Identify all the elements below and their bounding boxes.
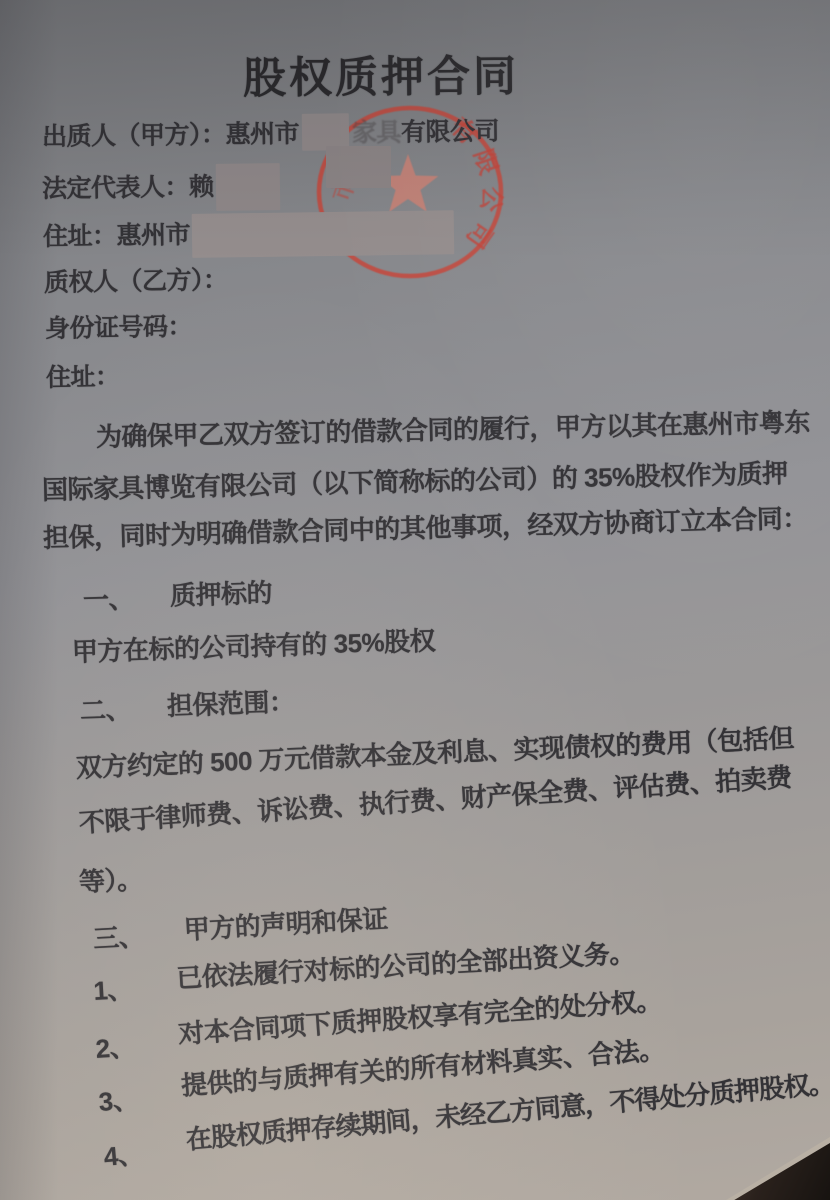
pledgor-suffix: 有限公司 <box>401 117 499 146</box>
section-2-heading: 二、担保范围： <box>79 686 295 725</box>
field-pledgee: 质权人（乙方）： <box>44 264 228 299</box>
field-pledgor: 出质人（甲方）：惠州市家具有限公司 <box>42 111 499 154</box>
section-1-heading: 一、质押标的 <box>83 577 273 614</box>
list-item-1-text: 已依法履行对标的公司的全部出资义务。 <box>176 938 636 994</box>
field-legal-rep: 法定代表人：赖 <box>42 163 280 213</box>
section-2-line-3: 等）。 <box>78 864 143 898</box>
preamble-line-1: 为确保甲乙双方签订的借款合同的履行，甲方以其在惠州市粤东 <box>96 406 811 453</box>
legal-rep-label: 法定代表人：赖 <box>42 173 214 203</box>
list-item-4-number: 4、 <box>102 1138 144 1173</box>
redaction-box-stamp <box>326 146 391 188</box>
section-3-title: 甲方的声明和保证 <box>183 904 388 945</box>
partially-obscured-text: 家具 <box>352 119 401 148</box>
section-1-title: 质押标的 <box>170 578 273 611</box>
section-1-number: 一、 <box>83 583 135 616</box>
section-2-title: 担保范围： <box>166 687 294 721</box>
field-address-b: 住址： <box>46 361 120 394</box>
address-a-label: 住址：惠州市 <box>43 221 190 251</box>
list-item-3-number: 3、 <box>98 1083 140 1118</box>
preamble-line-3: 担保，同时为明确借款合同中的其他事项，经双方协商订立本合同： <box>43 502 809 554</box>
list-item-2-number: 2、 <box>95 1030 137 1065</box>
list-item-1-number: 1、 <box>93 973 134 1007</box>
page-title: 股权质押合同 <box>243 52 519 104</box>
section-1-body: 甲方在标的公司持有的 35%股权 <box>71 625 435 668</box>
contract-page: 有限公司 市 股权质押合同 出质人（甲方）：惠州市家具有限公司 法定代表人：赖 … <box>0 0 830 1200</box>
field-address-a: 住址：惠州市 <box>43 210 455 260</box>
redaction-box-address <box>192 210 455 258</box>
redaction-box-legal-rep <box>215 163 280 211</box>
section-2-number: 二、 <box>80 693 132 727</box>
field-id-number: 身份证号码： <box>45 311 193 345</box>
contract-photo: 有限公司 市 股权质押合同 出质人（甲方）：惠州市家具有限公司 法定代表人：赖 … <box>0 0 830 1200</box>
section-3-number: 三、 <box>92 920 145 955</box>
section-3-heading: 三、甲方的声明和保证 <box>92 903 388 951</box>
preamble-line-2: 国际家具博览有限公司（以下简称标的公司）的 35%股权作为质押 <box>42 457 788 506</box>
pledgor-label: 出质人（甲方）：惠州市 <box>42 120 299 151</box>
